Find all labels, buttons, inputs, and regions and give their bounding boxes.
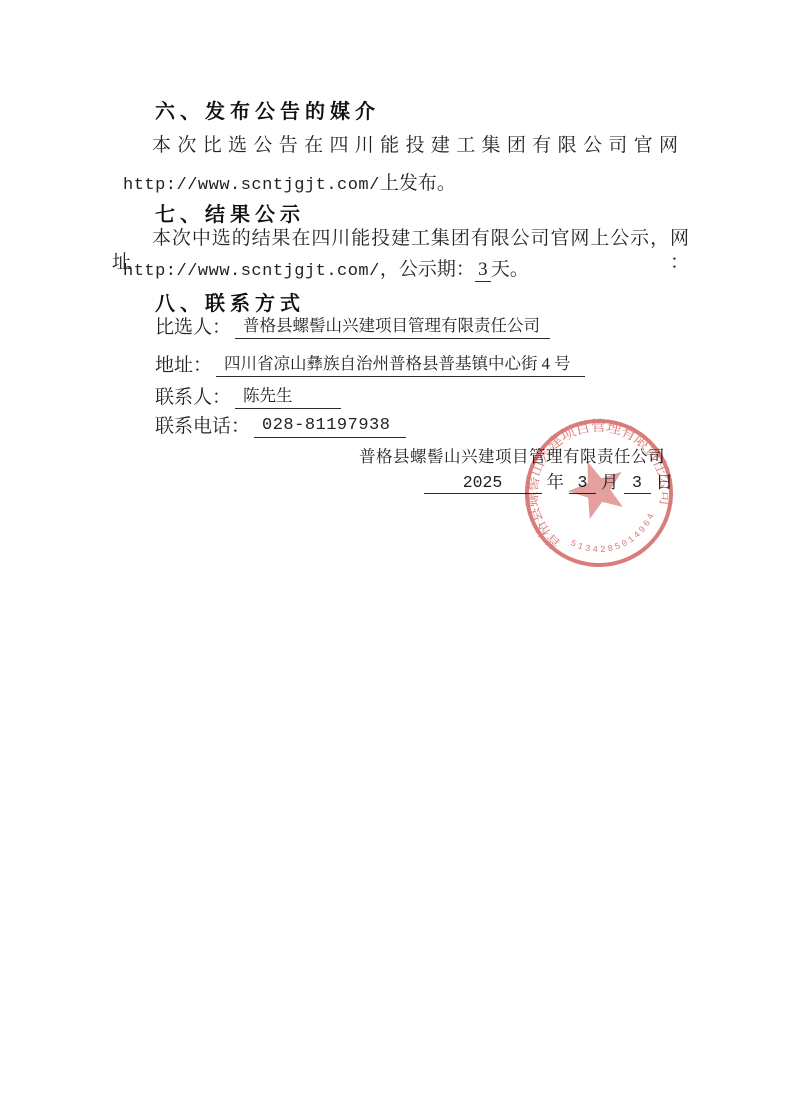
document-page: 六、发布公告的媒介 本次比选公告在四川能投建工集团有限公司官网 http://w…	[0, 0, 800, 1101]
signature-day-value: 3	[624, 473, 651, 494]
result-url: http://www.scntjgjt.com/	[123, 262, 380, 281]
signature-day-word: 日	[656, 469, 674, 494]
signature-company: 普格县螺髻山兴建项目管理有限责任公司	[359, 443, 665, 467]
announcement-url: http://www.scntjgjt.com/	[123, 176, 380, 195]
signature-month-value: 3	[569, 473, 596, 494]
seal-serial-number-arc: 5134285014964	[566, 508, 665, 568]
address-value: 四川省凉山彝族自治州普格县普基镇中心街 4 号	[216, 350, 585, 377]
signature-year-word: 年	[547, 469, 565, 494]
publicity-period-label: ，公示期：	[380, 259, 475, 280]
section-6-paragraph-line-1: 本次比选公告在四川能投建工集团有限公司官网	[112, 134, 678, 158]
contact-row-selector: 比选人：普格县螺髻山兴建项目管理有限责任公司	[155, 312, 550, 339]
section-7-paragraph-line-2: http://www.scntjgjt.com/，公示期：3天。	[123, 254, 529, 282]
section-6-paragraph-line-2: http://www.scntjgjt.com/上发布。	[123, 168, 456, 195]
contact-person-value: 陈先生	[235, 382, 341, 409]
publicity-days-value: 3	[475, 259, 491, 282]
contact-row-person: 联系人：陈先生	[155, 382, 341, 409]
contact-phone-value: 028-81197938	[254, 416, 406, 438]
signature-year-value: 2025	[424, 473, 542, 494]
svg-text:5134285014964: 5134285014964	[566, 508, 665, 568]
signature-date-line: 2025 年 3 月 3 日	[424, 469, 679, 494]
selector-value: 普格县螺髻山兴建项目管理有限责任公司	[235, 312, 550, 339]
contact-row-address: 地址：四川省凉山彝族自治州普格县普基镇中心街 4 号	[155, 350, 585, 377]
contact-person-label: 联系人：	[155, 382, 231, 409]
contact-phone-label: 联系电话：	[155, 411, 250, 438]
publicity-days-unit: 天。	[491, 259, 529, 280]
signature-month-word: 月	[601, 469, 619, 494]
selector-label: 比选人：	[155, 312, 231, 339]
section-7-heading: 七、结果公示	[155, 198, 305, 227]
section-6-heading: 六、发布公告的媒介	[155, 95, 380, 124]
announcement-url-tail: 上发布。	[380, 173, 456, 194]
address-label: 地址：	[155, 350, 212, 377]
contact-row-phone: 联系电话：028-81197938	[155, 411, 406, 438]
